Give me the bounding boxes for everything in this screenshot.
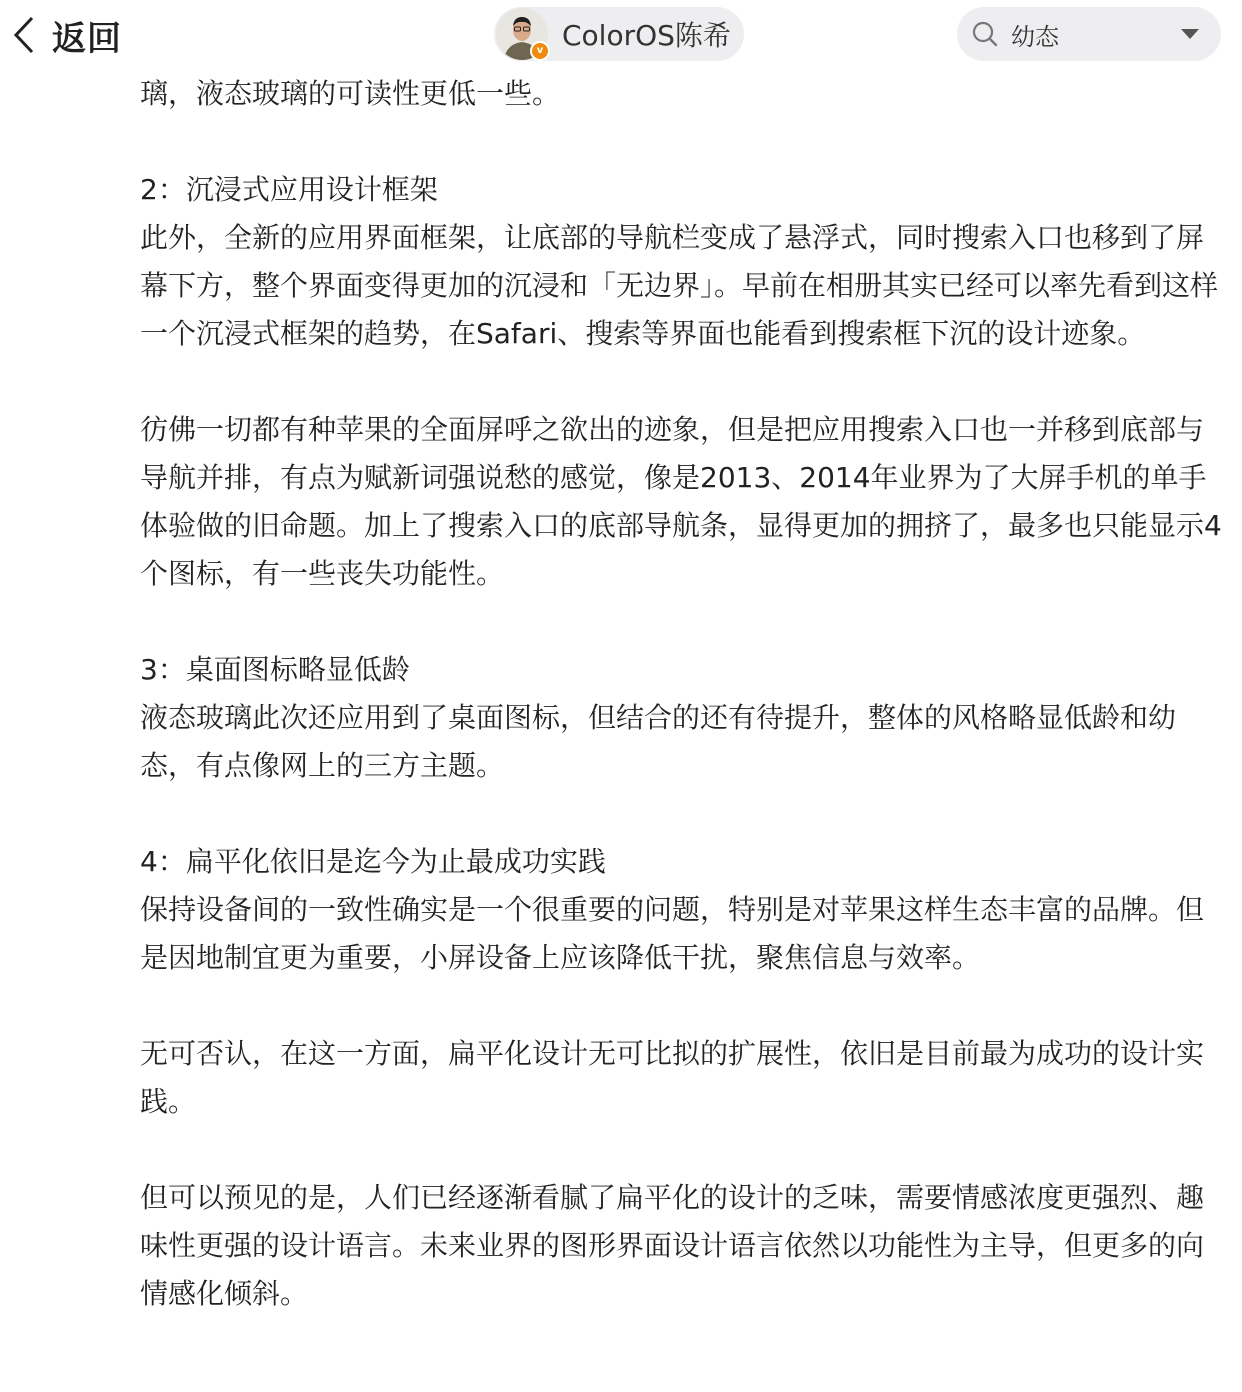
paragraph: 保持设备间的一致性确实是一个很重要的问题，特别是对苹果这样生态丰富的品牌。但是因…: [140, 886, 1225, 982]
author-name: ColorOS陈希: [562, 14, 731, 54]
dropdown-caret-icon[interactable]: [1181, 29, 1199, 39]
paragraph: 彷佛一切都有种苹果的全面屏呼之欲出的迹象，但是把应用搜索入口也一并移到底部与导航…: [140, 406, 1225, 598]
author-profile-button[interactable]: v ColorOS陈希: [494, 7, 744, 61]
verified-badge-icon: v: [530, 41, 550, 61]
search-icon: [971, 20, 999, 48]
section-heading: 4：扁平化依旧是迄今为止最成功实践: [140, 838, 1225, 886]
search-input[interactable]: 幼态: [957, 7, 1221, 61]
back-button[interactable]: 返回: [10, 12, 122, 58]
paragraph: 璃，液态玻璃的可读性更低一些。: [140, 70, 1225, 118]
paragraph: 无可否认，在这一方面，扁平化设计无可比拟的扩展性，依旧是目前最为成功的设计实践。: [140, 1030, 1225, 1126]
paragraph: 液态玻璃此次还应用到了桌面图标，但结合的还有待提升，整体的风格略显低龄和幼态，有…: [140, 694, 1225, 790]
paragraph: 但可以预见的是，人们已经逐渐看腻了扁平化的设计的乏味，需要情感浓度更强烈、趣味性…: [140, 1174, 1225, 1318]
back-label: 返回: [52, 11, 122, 60]
article-body: 璃，液态玻璃的可读性更低一些。 2：沉浸式应用设计框架 此外，全新的应用界面框架…: [140, 70, 1225, 1318]
avatar: v: [496, 8, 548, 60]
top-navigation-bar: 返回 v ColorOS陈希 幼态: [0, 0, 1242, 70]
paragraph: 此外，全新的应用界面框架，让底部的导航栏变成了悬浮式，同时搜索入口也移到了屏幕下…: [140, 214, 1225, 358]
chevron-left-icon: [10, 15, 40, 55]
search-value: 幼态: [1011, 17, 1181, 52]
section-heading: 2：沉浸式应用设计框架: [140, 166, 1225, 214]
section-heading: 3：桌面图标略显低龄: [140, 646, 1225, 694]
